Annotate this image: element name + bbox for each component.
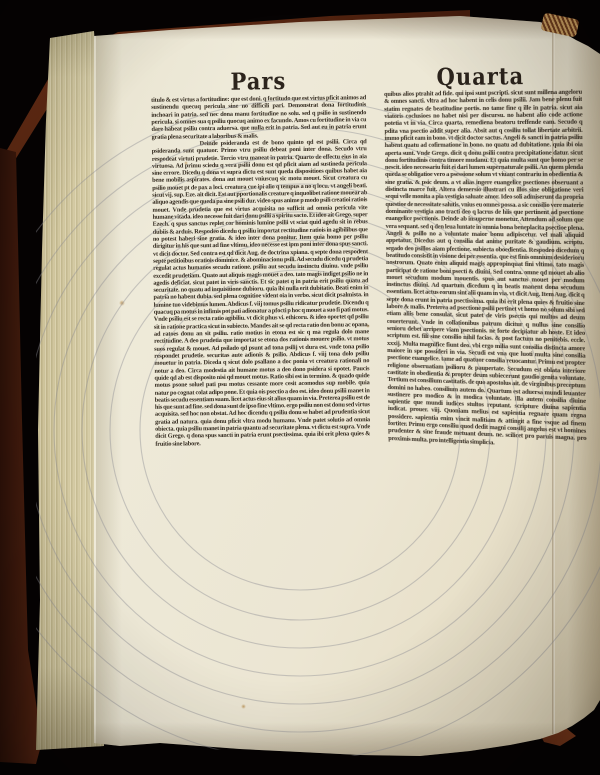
- book-photo: Pars Quarta titulo & est virtus a fortit…: [0, 0, 600, 775]
- photo-vignette: [0, 0, 600, 775]
